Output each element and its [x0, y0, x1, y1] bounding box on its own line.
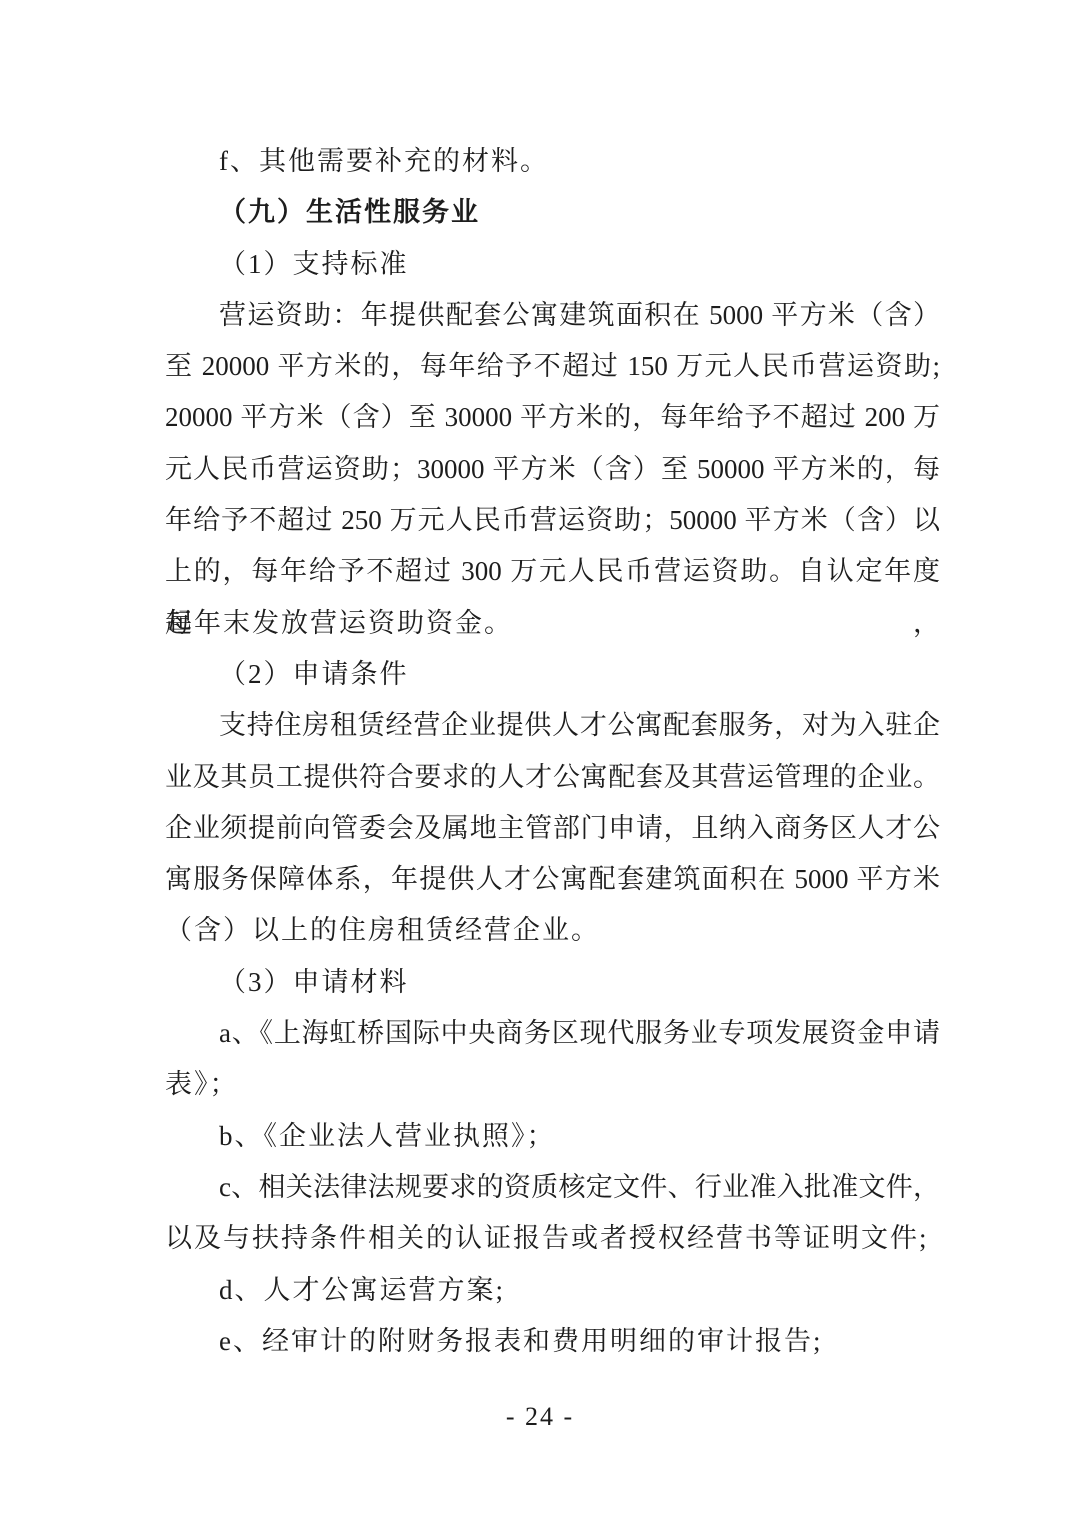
document-page: f、其他需要补充的材料。（九）生活性服务业（1）支持标准营运资助：年提供配套公寓… — [0, 0, 1080, 1527]
para-subsidy-line-1: 营运资助：年提供配套公寓建筑面积在 5000 平方米（含） — [165, 290, 940, 341]
document-body: f、其他需要补充的材料。（九）生活性服务业（1）支持标准营运资助：年提供配套公寓… — [165, 136, 940, 1367]
para-condition-line-3: 企业须提前向管委会及属地主管部门申请，且纳入商务区人才公 — [165, 803, 940, 854]
item-d: d、人才公寓运营方案; — [165, 1265, 940, 1316]
page-number: - 24 - — [0, 1402, 1080, 1432]
item-e: e、经审计的附财务报表和费用明细的审计报告; — [165, 1316, 940, 1367]
heading-support-standard: （1）支持标准 — [165, 239, 940, 290]
heading-section-nine: （九）生活性服务业 — [165, 187, 940, 238]
heading-apply-materials: （3）申请材料 — [165, 957, 940, 1008]
item-c-line-2: 以及与扶持条件相关的认证报告或者授权经营书等证明文件; — [165, 1213, 940, 1264]
item-c-line-1: c、相关法律法规要求的资质核定文件、行业准入批准文件， — [165, 1162, 940, 1213]
para-condition-line-1: 支持住房租赁经营企业提供人才公寓配套服务，对为入驻企 — [165, 700, 940, 751]
para-subsidy-line-2: 至 20000 平方米的，每年给予不超过 150 万元人民币营运资助; — [165, 341, 940, 392]
item-a-line-1: a、《上海虹桥国际中央商务区现代服务业专项发展资金申请 — [165, 1008, 940, 1059]
para-subsidy-line-6: 上的，每年给予不超过 300 万元人民币营运资助。自认定年度起， — [165, 546, 940, 597]
para-subsidy-line-4: 元人民币营运资助；30000 平方米（含）至 50000 平方米的，每 — [165, 444, 940, 495]
para-subsidy-line-3: 20000 平方米（含）至 30000 平方米的，每年给予不超过 200 万 — [165, 392, 940, 443]
para-condition-line-2: 业及其员工提供符合要求的人才公寓配套及其营运管理的企业。 — [165, 752, 940, 803]
item-b: b、《企业法人营业执照》； — [165, 1111, 940, 1162]
para-subsidy-line-5: 年给予不超过 250 万元人民币营运资助；50000 平方米（含）以 — [165, 495, 940, 546]
item-f: f、其他需要补充的材料。 — [165, 136, 940, 187]
heading-apply-condition: （2）申请条件 — [165, 649, 940, 700]
item-a-line-2: 表》； — [165, 1059, 940, 1110]
para-condition-line-5: （含）以上的住房租赁经营企业。 — [165, 905, 940, 956]
para-condition-line-4: 寓服务保障体系，年提供人才公寓配套建筑面积在 5000 平方米 — [165, 854, 940, 905]
